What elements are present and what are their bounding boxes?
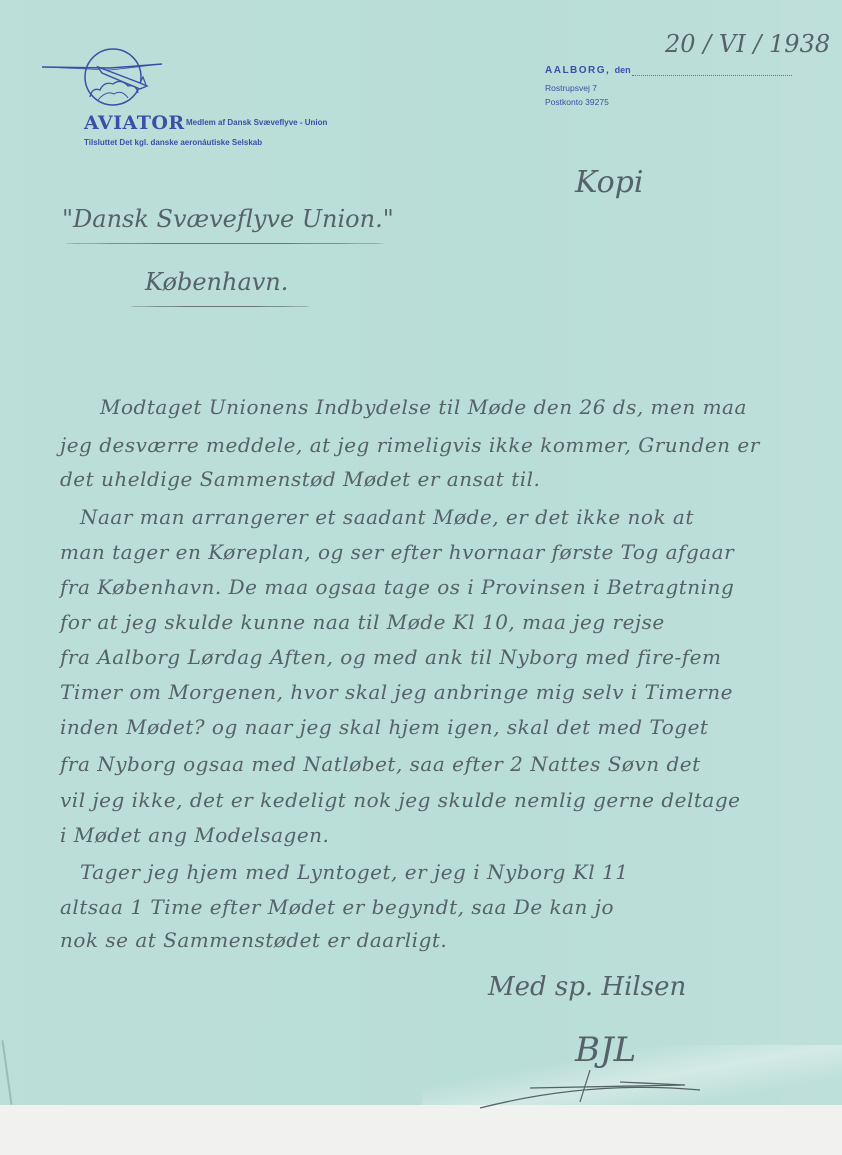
body-line: vil jeg ikke, det er kedeligt nok jeg sk… <box>60 788 741 812</box>
body-line: fra Aalborg Lørdag Aften, og med ank til… <box>60 645 721 669</box>
body-line: fra Nyborg ogsaa med Natløbet, saa efter… <box>60 752 701 776</box>
body-line: det uheldige Sammenstød Mødet er ansat t… <box>60 467 540 491</box>
copy-marking: Kopi <box>575 165 643 200</box>
body-line: Timer om Morgenen, hvor skal jeg anbring… <box>60 680 733 704</box>
letterhead-city: AALBORG, den <box>545 65 631 76</box>
signature-flourish-icon <box>470 1060 730 1110</box>
postkonto: Postkonto 39275 <box>545 97 609 107</box>
recipient-city: København. <box>145 268 288 296</box>
body-line: man tager en Køreplan, og ser efter hvor… <box>60 540 734 564</box>
body-line: Modtaget Unionens Indbydelse til Møde de… <box>100 395 747 419</box>
body-line: Naar man arrangerer et saadant Møde, er … <box>80 505 694 529</box>
body-line: jeg desværre meddele, at jeg rimeligvis … <box>60 433 760 457</box>
glider-logo-icon <box>40 45 165 115</box>
body-line: i Mødet ang Modelsagen. <box>60 823 329 847</box>
city-den: den <box>615 65 631 75</box>
letter-paper: AVIATOR Medlem af Dansk Svæveflyve - Uni… <box>0 0 842 1105</box>
city-name: AALBORG, <box>545 65 610 76</box>
body-line: for at jeg skulde kunne naa til Møde Kl … <box>60 610 665 634</box>
closing-greeting: Med sp. Hilsen <box>488 972 686 1002</box>
brand-name: AVIATOR <box>84 112 185 134</box>
handwritten-date: 20 / VI / 1938 <box>665 30 830 58</box>
date-dotted-line <box>632 75 792 76</box>
body-line: altsaa 1 Time efter Mødet er begyndt, sa… <box>60 895 614 919</box>
body-line: Tager jeg hjem med Lyntoget, er jeg i Ny… <box>80 860 628 884</box>
body-line: inden Mødet? og naar jeg skal hjem igen,… <box>60 715 708 739</box>
city-underline <box>130 306 310 307</box>
brand-affiliation: Tilsluttet Det kgl. danske aeronáutiske … <box>84 138 262 147</box>
street-address: Rostrupsvej 7 <box>545 83 597 93</box>
body-line: fra København. De maa ogsaa tage os i Pr… <box>60 575 734 599</box>
recipient-underline <box>65 243 385 244</box>
recipient-name: "Dansk Svæveflyve Union." <box>62 205 394 233</box>
brand-membership: Medlem af Dansk Svæveflyve - Union <box>186 118 327 127</box>
body-line: nok se at Sammenstødet er daarligt. <box>60 928 447 952</box>
paper-edge <box>1 1040 12 1105</box>
